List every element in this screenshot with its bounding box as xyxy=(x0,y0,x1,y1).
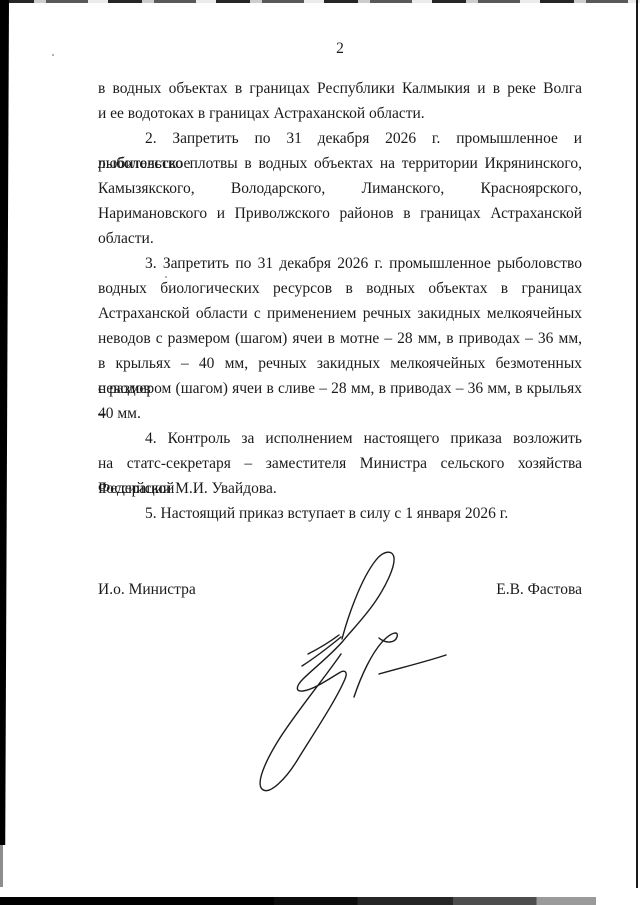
text-line: Наримановского и Приволжского районов в … xyxy=(98,201,582,226)
scan-edge-top xyxy=(0,0,640,3)
scan-edge-right xyxy=(636,0,638,888)
text-line: рыболовство плотвы в водных объектах на … xyxy=(98,151,582,176)
signoff-title-label: И.о. Министра xyxy=(98,581,196,599)
text-line: в крыльях – 40 мм, речных закидных мелко… xyxy=(98,351,582,376)
document-body: в водных объектах в границах Республики … xyxy=(98,76,582,526)
signoff-name-label: Е.В. Фастова xyxy=(496,581,582,599)
scan-edge-bottom xyxy=(0,897,596,905)
text-line: на статс-секретаря – заместителя Министр… xyxy=(98,451,582,476)
text-line: и ее водотоках в границах Астраханской о… xyxy=(98,101,582,126)
text-line: водных биологических ресурсов в водных о… xyxy=(98,276,582,301)
text-line: в водных объектах в границах Республики … xyxy=(98,76,582,101)
text-line: 2. Запретить по 31 декабря 2026 г. промы… xyxy=(98,126,582,151)
text-line: 5. Настоящий приказ вступает в силу с 1 … xyxy=(98,501,582,526)
scan-edge-left xyxy=(0,0,9,845)
text-line: Федерации М.И. Увайдова. xyxy=(98,476,582,501)
scanned-document-page: 2 в водных объектах в границах Республик… xyxy=(0,0,640,905)
text-line: области. xyxy=(98,226,582,251)
page-number: 2 xyxy=(98,40,582,58)
text-line: неводов с размером (шагом) ячеи в мотне … xyxy=(98,326,582,351)
scan-edge-left-tail xyxy=(0,845,3,887)
text-line: 40 мм. xyxy=(98,401,582,426)
text-line: Астраханской области с применением речны… xyxy=(98,301,582,326)
scan-speck xyxy=(52,54,54,56)
text-line: с размером (шагом) ячеи в сливе – 28 мм,… xyxy=(98,376,582,401)
handwritten-signature xyxy=(228,542,458,812)
text-line: 3. Запретить по 31 декабря 2026 г. промы… xyxy=(98,251,582,276)
text-line: Камызякского, Володарского, Лиманского, … xyxy=(98,176,582,201)
text-line: 4. Контроль за исполнением настоящего пр… xyxy=(98,426,582,451)
